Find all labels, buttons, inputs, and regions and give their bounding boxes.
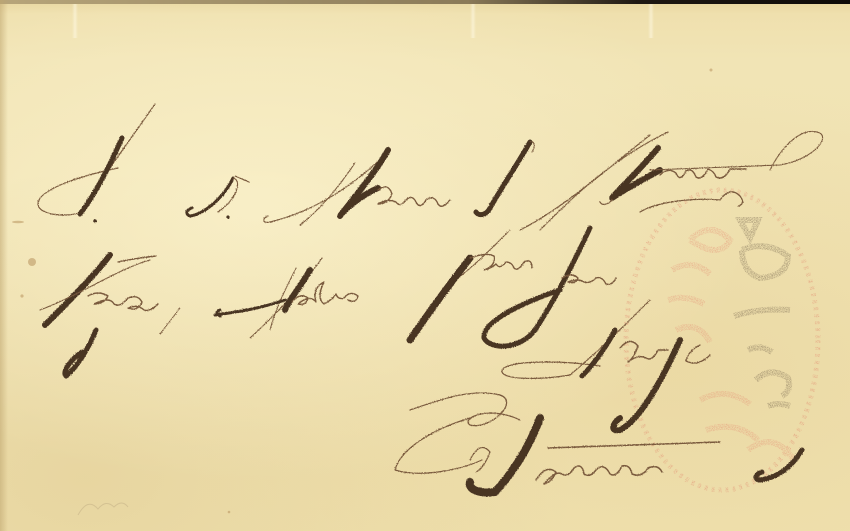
- word-manuel: [264, 142, 534, 225]
- pencil-marks: [78, 503, 128, 515]
- letter-cover: S. D. Manuel Martinez Vega, Medico Perus…: [0, 0, 850, 531]
- word-lugo: [502, 300, 710, 430]
- word-betanzos: [395, 393, 802, 493]
- word-d: [187, 176, 249, 219]
- word-s: [38, 104, 155, 223]
- word-perusano: [410, 228, 616, 346]
- handwritten-address: [38, 104, 823, 493]
- word-medico: [215, 258, 358, 338]
- word-vega: [40, 255, 180, 376]
- handwriting-layer: [0, 0, 850, 531]
